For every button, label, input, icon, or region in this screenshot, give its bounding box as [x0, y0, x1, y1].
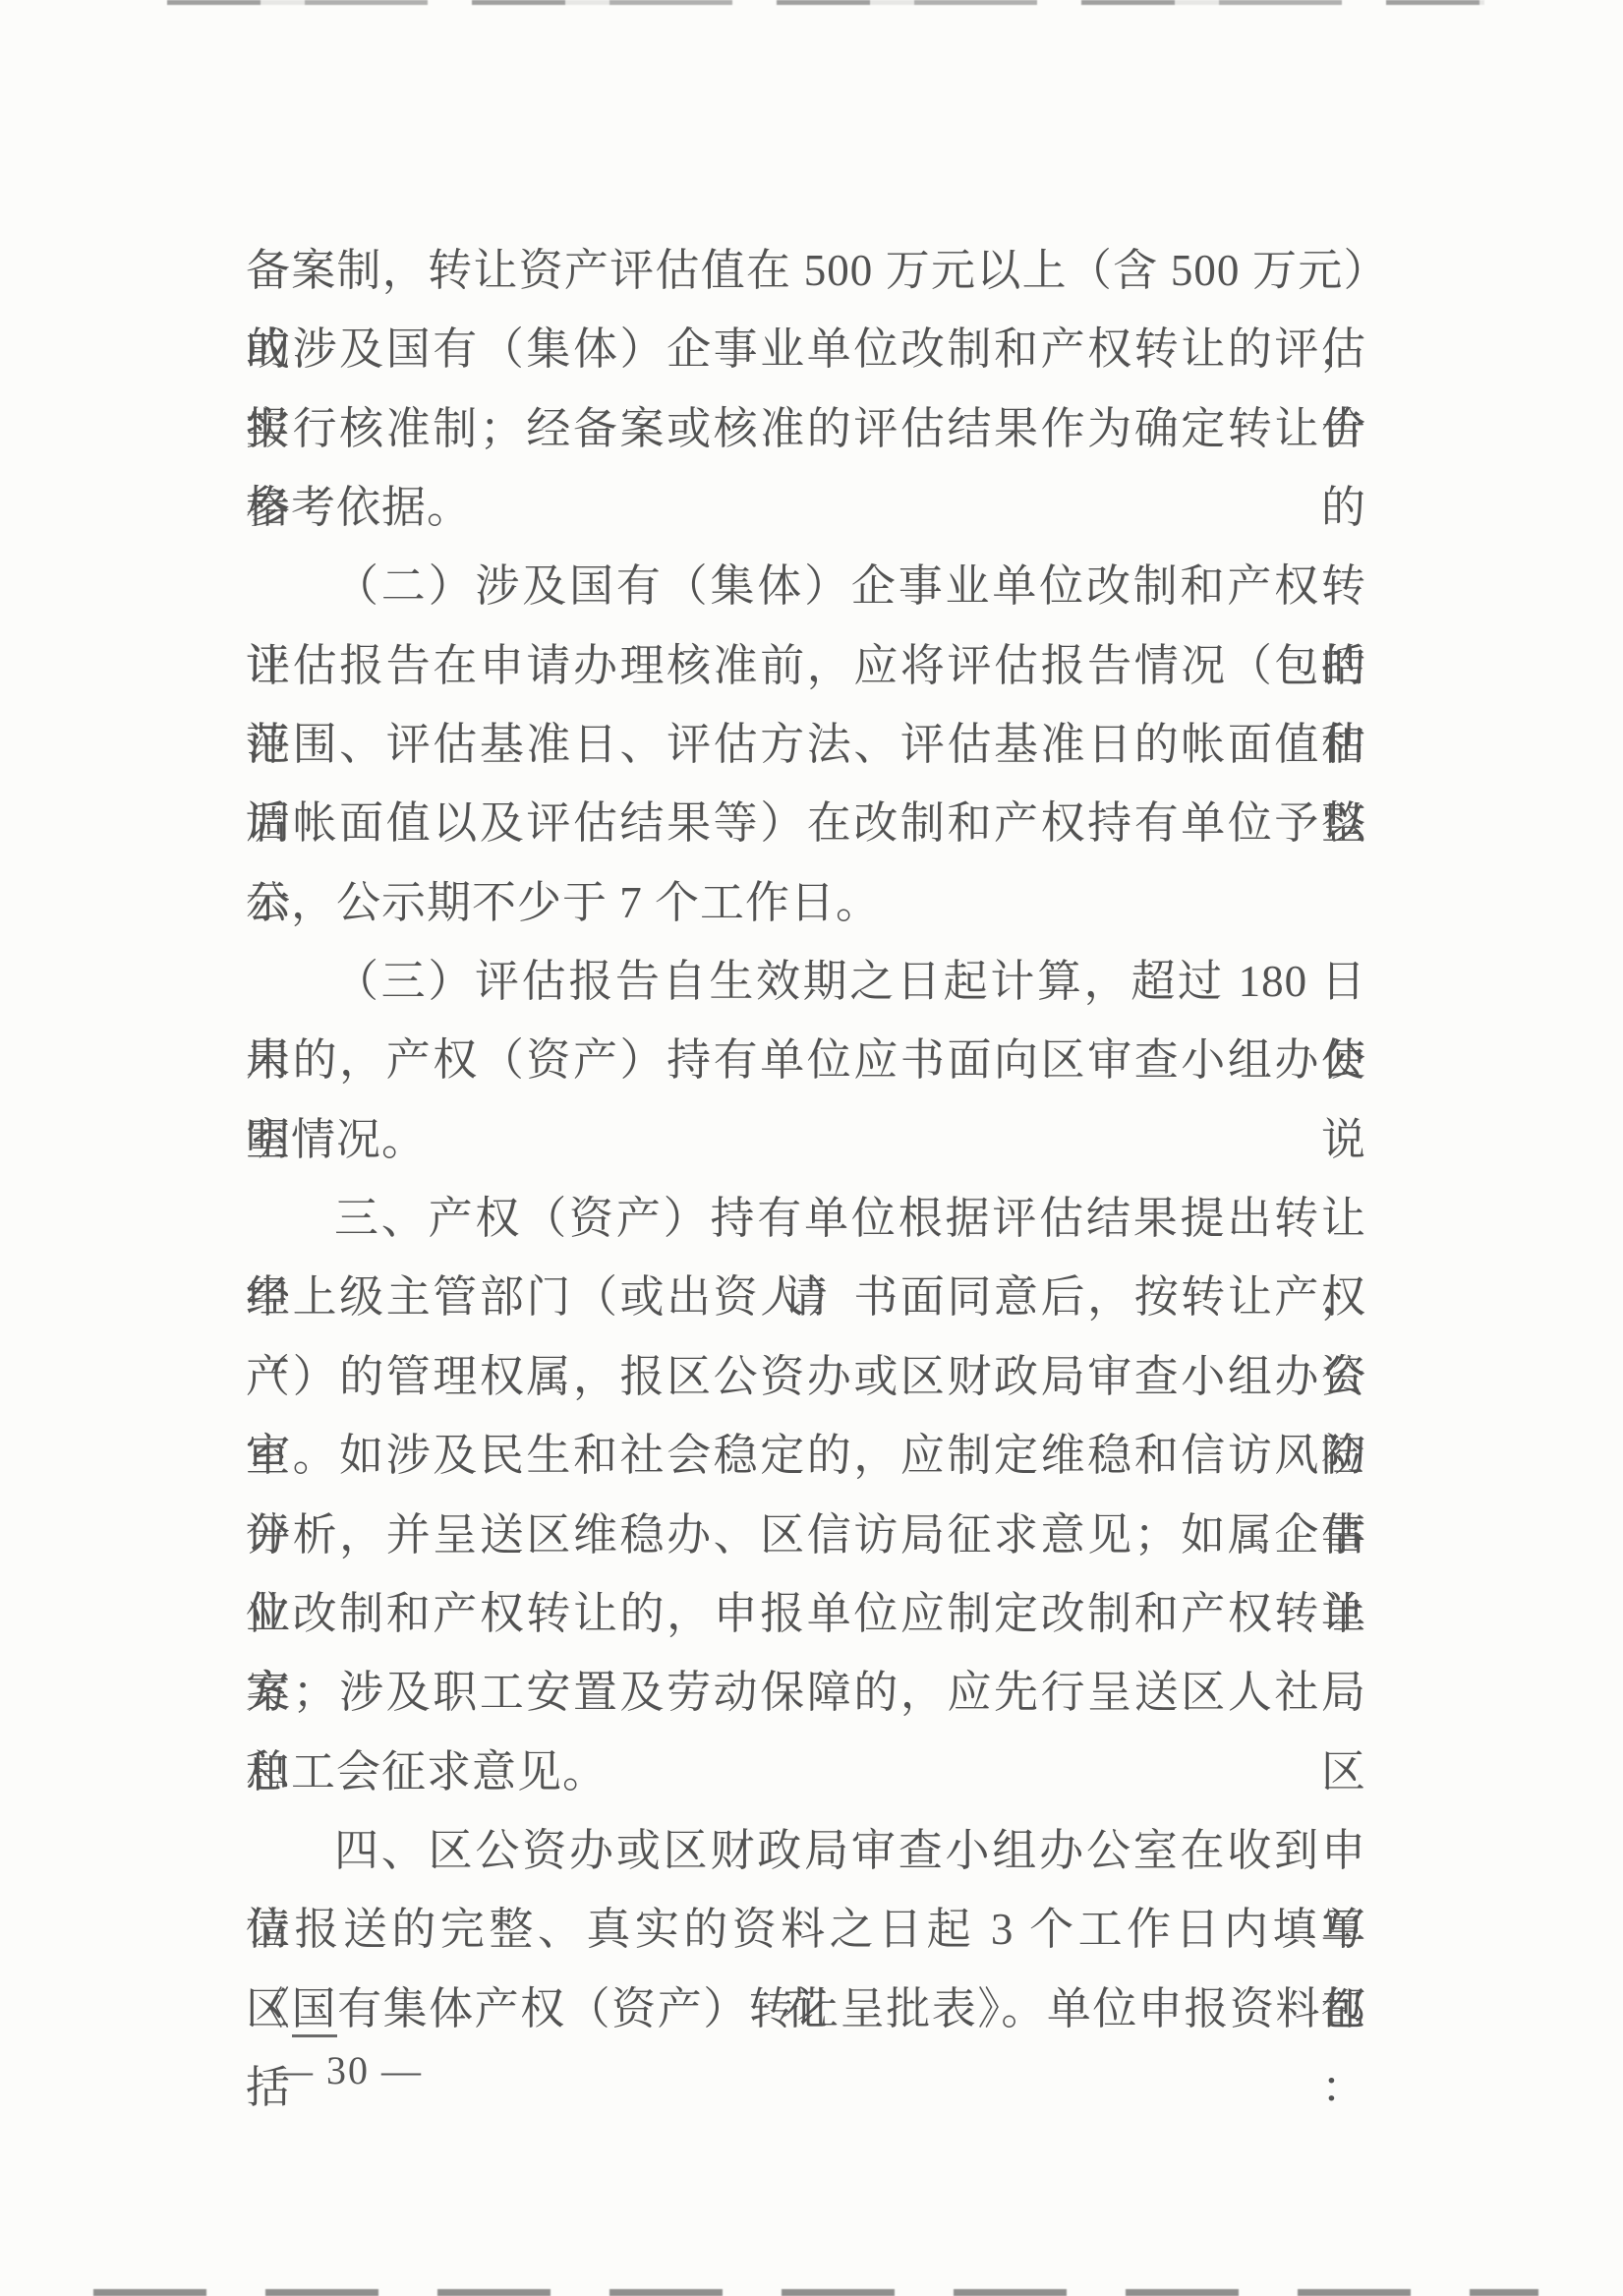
text-line: 三、产权（资产）持有单位根据评估结果提出转让申请，	[246, 1179, 1366, 1258]
page-number: — 30 —	[273, 2047, 423, 2093]
text-line: 后帐面值以及评估结果等）在改制和产权持有单位予以公	[246, 784, 1366, 862]
text-line: 示，公示期不少于 7 个工作日。	[246, 863, 1366, 942]
text-line: 评估报告在申请办理核准前，应将评估报告情况（包括评估	[246, 626, 1366, 705]
text-line: 位报送的完整、真实的资料之日起 3 个工作日内填写《花都	[246, 1890, 1366, 1969]
text-line: 审。如涉及民生和社会稳定的，应制定维稳和信访风险评估	[246, 1416, 1366, 1495]
text-line: 用的，产权（资产）持有单位应书面向区审查小组办公室说	[246, 1021, 1366, 1099]
text-line: 产）的管理权属，报区公资办或区财政局审查小组办公室初	[246, 1337, 1366, 1416]
text-block: 备案制，转让资产评估值在 500 万元以上（含 500 万元）的，或涉及国有（集…	[246, 231, 1366, 2048]
text-line: 范围、评估基准日、评估方法、评估基准日的帐面值和调整	[246, 705, 1366, 784]
text-line: 备案制，转让资产评估值在 500 万元以上（含 500 万元）的，	[246, 231, 1366, 310]
text-line: 或涉及国有（集体）企事业单位改制和产权转让的评估报告	[246, 310, 1366, 388]
text-line: （三）评估报告自生效期之日起计算，超过 180 日未使	[246, 942, 1366, 1021]
scan-artifact-top	[167, 0, 1484, 5]
document-page: 备案制，转让资产评估值在 500 万元以上（含 500 万元）的，或涉及国有（集…	[0, 0, 1623, 2296]
text-line: 经上级主管部门（或出资人）书面同意后，按转让产权（资	[246, 1258, 1366, 1336]
text-line: 案；涉及职工安置及劳动保障的，应先行呈送区人社局和区	[246, 1653, 1366, 1732]
underlined-text: 国	[292, 1984, 338, 2037]
text-line: 分析，并呈送区维稳办、区信访局征求意见；如属企事业单	[246, 1496, 1366, 1574]
scan-artifact-bottom	[93, 2289, 1538, 2296]
text-line: 位改制和产权转让的，申报单位应制定改制和产权转让方	[246, 1574, 1366, 1653]
text-line: 实行核准制；经备案或核准的评估结果作为确定转让价格的	[246, 389, 1366, 468]
text-line: （二）涉及国有（集体）企事业单位改制和产权转让的	[246, 547, 1366, 625]
text-line: 区国有集体产权（资产）转让呈批表》。单位申报资料包括：	[246, 1970, 1366, 2048]
text-line: 四、区公资办或区财政局审查小组办公室在收到申请单	[246, 1811, 1366, 1890]
